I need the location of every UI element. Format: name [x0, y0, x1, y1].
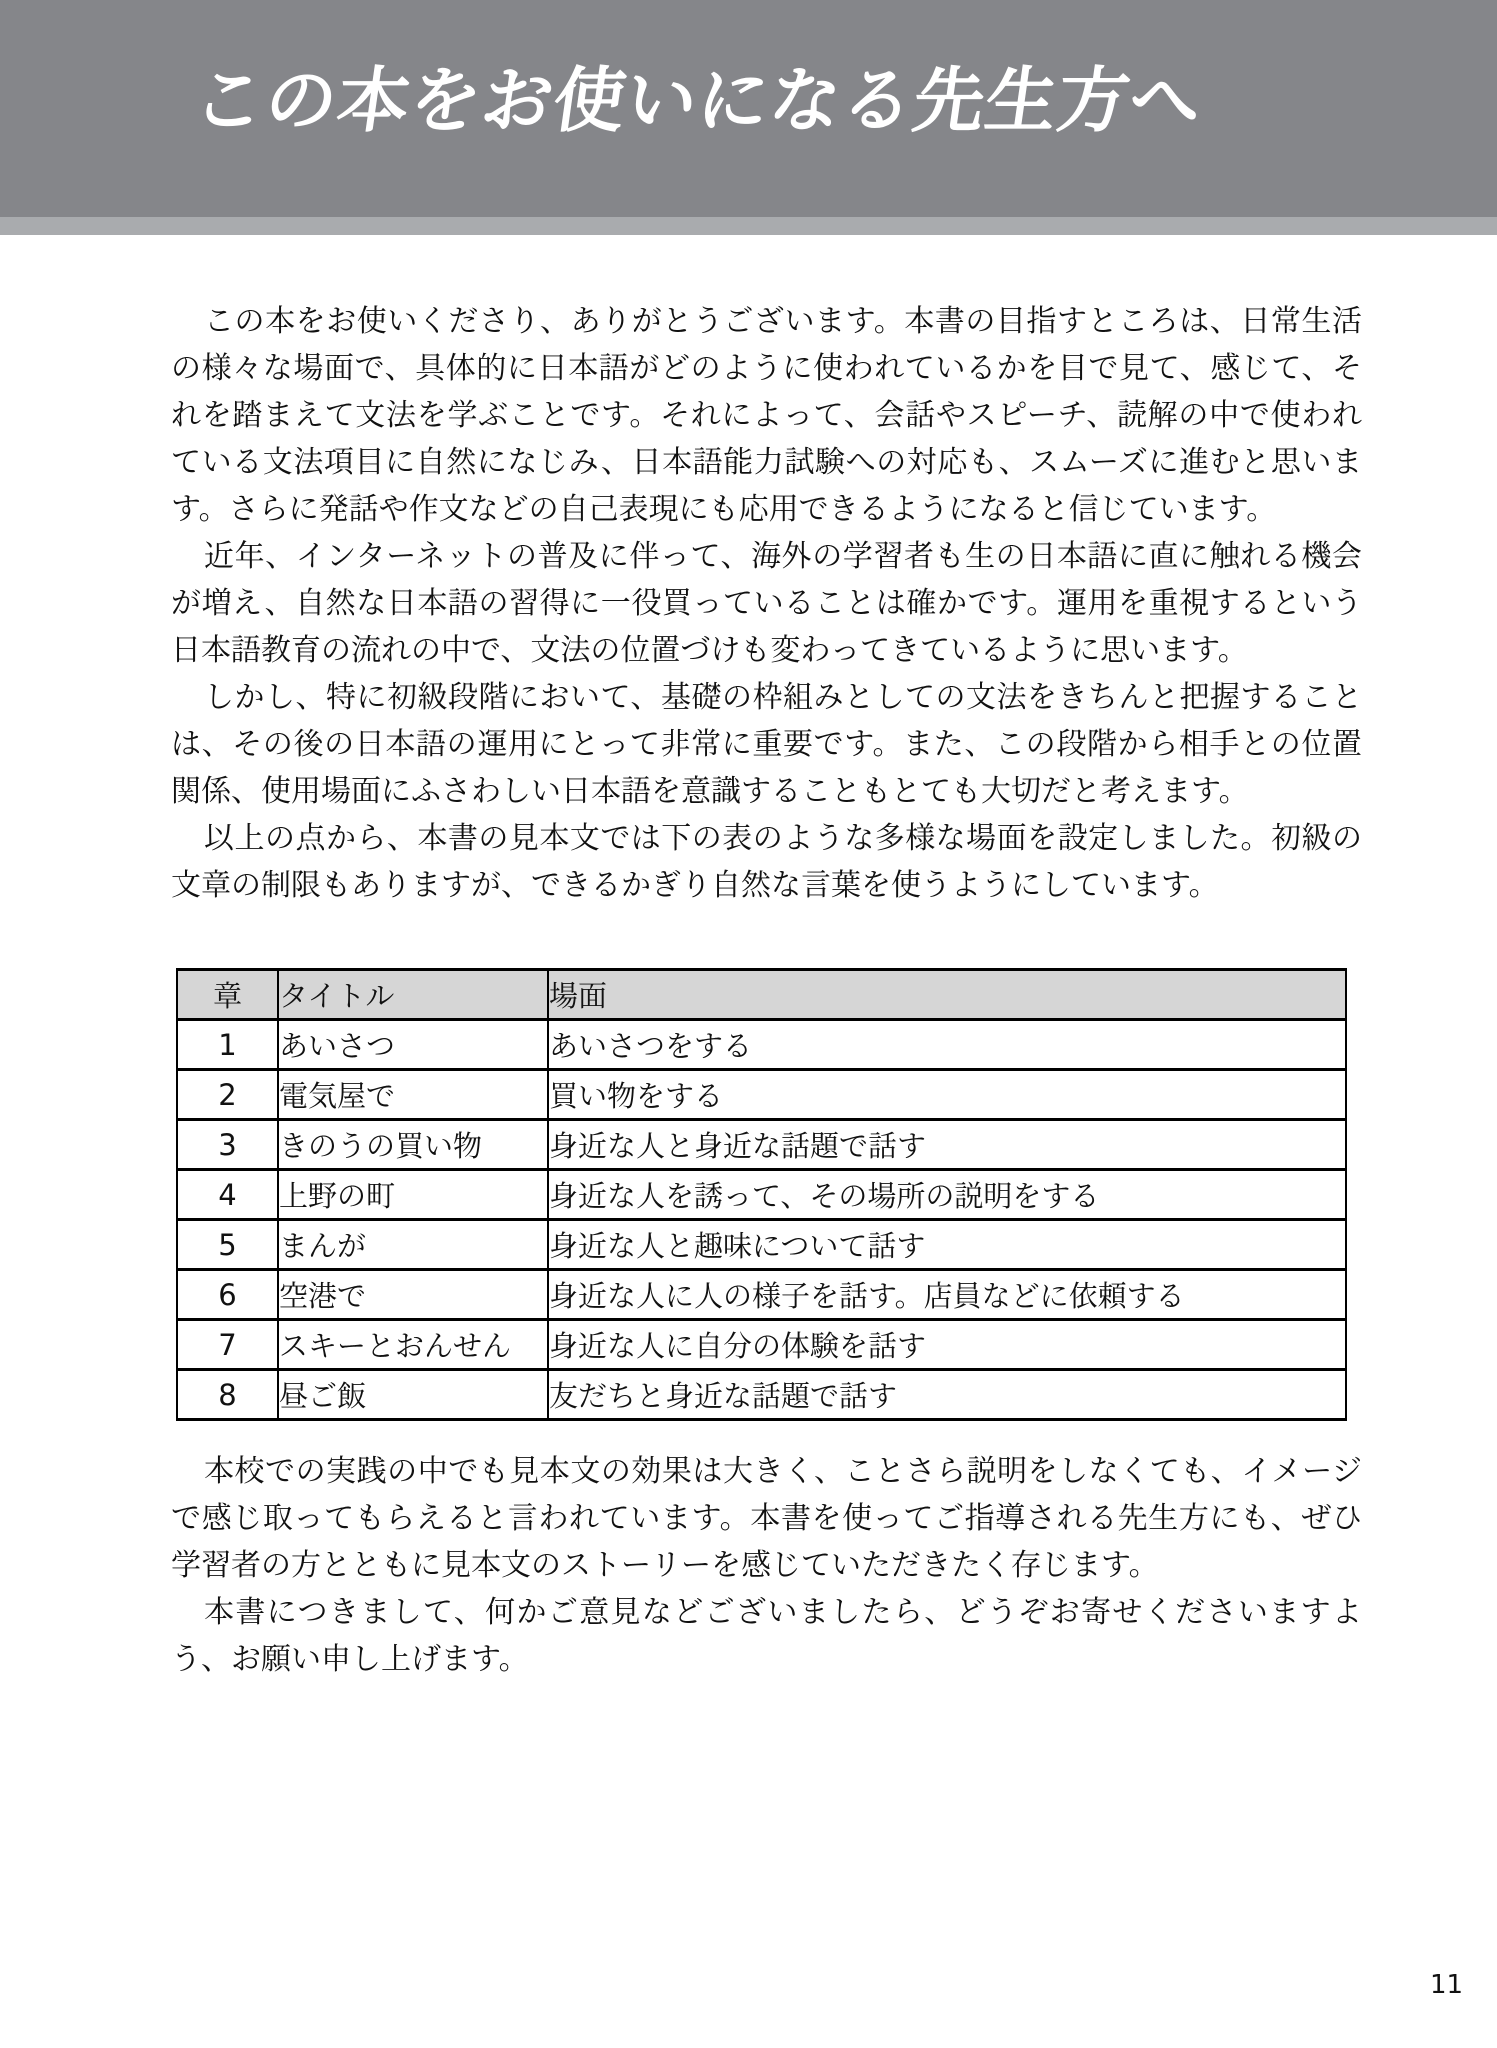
page-number: 11: [1430, 1970, 1463, 2001]
cell-title: きのうの買い物: [278, 1120, 548, 1170]
banner-strip: [0, 217, 1497, 235]
column-header-scene: 場面: [548, 970, 1346, 1020]
page-title: この本をお使いになる先生方へ: [188, 58, 1208, 143]
paragraph-intro-1: この本をお使いくださり、ありがとうございます。本書の目指すところは、日常生活の様…: [171, 298, 1362, 533]
table-row: 6 空港で 身近な人に人の様子を話す。店員などに依頼する: [177, 1270, 1346, 1320]
cell-title: 空港で: [278, 1270, 548, 1320]
cell-chapter: 3: [177, 1120, 278, 1170]
cell-scene: 身近な人と身近な話題で話す: [548, 1120, 1346, 1170]
cell-scene: 身近な人に人の様子を話す。店員などに依頼する: [548, 1270, 1346, 1320]
paragraph-practice: 本校での実践の中でも見本文の効果は大きく、ことさら説明をしなくても、イメージで感…: [171, 1448, 1362, 1589]
column-header-title: タイトル: [278, 970, 548, 1020]
table-row: 2 電気屋で 買い物をする: [177, 1070, 1346, 1120]
cell-chapter: 7: [177, 1320, 278, 1370]
cell-title: 上野の町: [278, 1170, 548, 1220]
cell-title: 電気屋で: [278, 1070, 548, 1120]
cell-scene: 友だちと身近な話題で話す: [548, 1370, 1346, 1420]
cell-chapter: 4: [177, 1170, 278, 1220]
table-row: 4 上野の町 身近な人を誘って、その場所の説明をする: [177, 1170, 1346, 1220]
table-row: 1 あいさつ あいさつをする: [177, 1020, 1346, 1070]
cell-chapter: 1: [177, 1020, 278, 1070]
cell-scene: あいさつをする: [548, 1020, 1346, 1070]
paragraph-scenes: 以上の点から、本書の見本文では下の表のような多様な場面を設定しました。初級の文章…: [171, 815, 1362, 909]
cell-scene: 身近な人を誘って、その場所の説明をする: [548, 1170, 1346, 1220]
table-row: 3 きのうの買い物 身近な人と身近な話題で話す: [177, 1120, 1346, 1170]
cell-title: 昼ご飯: [278, 1370, 548, 1420]
page-banner: この本をお使いになる先生方へ: [0, 0, 1497, 217]
table-row: 8 昼ご飯 友だちと身近な話題で話す: [177, 1370, 1346, 1420]
cell-chapter: 2: [177, 1070, 278, 1120]
closing-paragraphs: 本校での実践の中でも見本文の効果は大きく、ことさら説明をしなくても、イメージで感…: [171, 1448, 1362, 1683]
cell-chapter: 8: [177, 1370, 278, 1420]
cell-title: あいさつ: [278, 1020, 548, 1070]
scene-table: 章 タイトル 場面 1 あいさつ あいさつをする 2 電気屋で 買い物をする 3…: [176, 968, 1347, 1421]
cell-chapter: 5: [177, 1220, 278, 1270]
cell-chapter: 6: [177, 1270, 278, 1320]
cell-scene: 身近な人と趣味について話す: [548, 1220, 1346, 1270]
table-row: 7 スキーとおんせん 身近な人に自分の体験を話す: [177, 1320, 1346, 1370]
cell-title: まんが: [278, 1220, 548, 1270]
cell-scene: 買い物をする: [548, 1070, 1346, 1120]
cell-title: スキーとおんせん: [278, 1320, 548, 1370]
cell-scene: 身近な人に自分の体験を話す: [548, 1320, 1346, 1370]
paragraph-grammar: しかし、特に初級段階において、基礎の枠組みとしての文法をきちんと把握することは、…: [171, 674, 1362, 815]
table-row: 5 まんが 身近な人と趣味について話す: [177, 1220, 1346, 1270]
paragraph-feedback: 本書につきまして、何かご意見などございましたら、どうぞお寄せくださいますよう、お…: [171, 1589, 1362, 1683]
column-header-chapter: 章: [177, 970, 278, 1020]
intro-paragraphs: この本をお使いくださり、ありがとうございます。本書の目指すところは、日常生活の様…: [171, 298, 1362, 909]
table-header-row: 章 タイトル 場面: [177, 970, 1346, 1020]
paragraph-internet: 近年、インターネットの普及に伴って、海外の学習者も生の日本語に直に触れる機会が増…: [171, 533, 1362, 674]
book-page: この本をお使いになる先生方へ この本をお使いくださり、ありがとうございます。本書…: [0, 0, 1497, 2048]
